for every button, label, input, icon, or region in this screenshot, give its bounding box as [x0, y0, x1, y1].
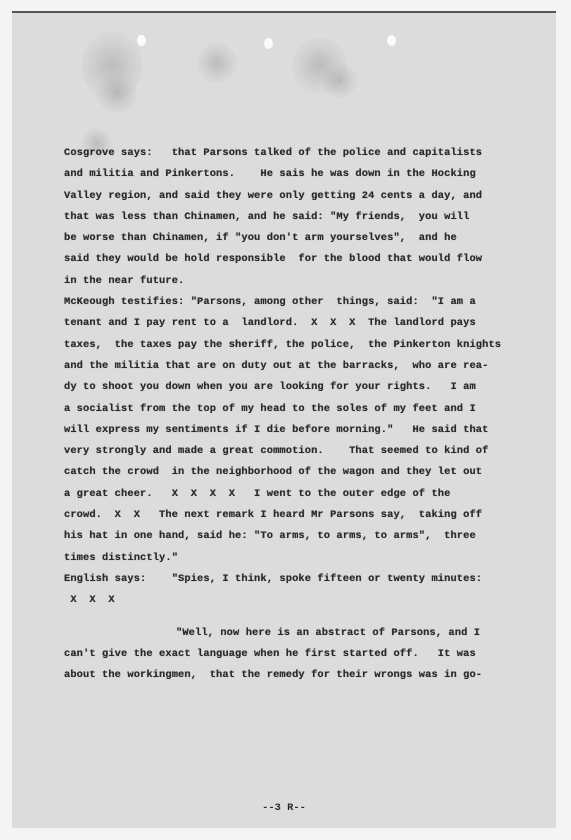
typed-text-body: Cosgrove says: that Parsons talked of th…: [64, 143, 554, 686]
text-line: that was less than Chinamen, and he said…: [64, 207, 554, 228]
text-line: be worse than Chinamen, if "you don't ar…: [64, 228, 554, 249]
text-line: and militia and Pinkertons. He sais he w…: [64, 164, 554, 185]
text-line: taxes, the taxes pay the sheriff, the po…: [64, 335, 554, 356]
smudge: [97, 73, 137, 113]
text-line: tenant and I pay rent to a landlord. X X…: [64, 313, 554, 334]
punch-hole: [387, 35, 396, 46]
document-page: Cosgrove says: that Parsons talked of th…: [12, 11, 556, 828]
text-line: a great cheer. X X X X I went to the out…: [64, 484, 554, 505]
text-line: said they would be hold responsible for …: [64, 249, 554, 270]
text-line: very strongly and made a great commotion…: [64, 441, 554, 462]
paragraph-cosgrove: Cosgrove says: that Parsons talked of th…: [64, 143, 554, 292]
text-line: X X X: [64, 590, 554, 611]
text-line: "Well, now here is an abstract of Parson…: [64, 623, 554, 644]
text-line: catch the crowd in the neighborhood of t…: [64, 462, 554, 483]
text-line: about the workingmen, that the remedy fo…: [64, 665, 554, 686]
text-line: in the near future.: [64, 271, 554, 292]
punch-hole: [264, 38, 273, 49]
punch-hole: [137, 35, 146, 46]
text-line: English says: "Spies, I think, spoke fif…: [64, 569, 554, 590]
paragraph-mckeough: McKeough testifies: "Parsons, among othe…: [64, 292, 554, 569]
text-line: times distinctly.": [64, 548, 554, 569]
text-line: a socialist from the top of my head to t…: [64, 399, 554, 420]
text-line: Valley region, and said they were only g…: [64, 186, 554, 207]
text-line: his hat in one hand, said he: "To arms, …: [64, 526, 554, 547]
paragraph-parsons-abstract: "Well, now here is an abstract of Parson…: [64, 623, 554, 687]
text-line: dy to shoot you down when you are lookin…: [64, 377, 554, 398]
text-line: and the militia that are on duty out at …: [64, 356, 554, 377]
text-line: Cosgrove says: that Parsons talked of th…: [64, 143, 554, 164]
text-line: crowd. X X The next remark I heard Mr Pa…: [64, 505, 554, 526]
text-line: will express my sentiments if I die befo…: [64, 420, 554, 441]
page-number: --3 R--: [12, 802, 556, 814]
text-line: can't give the exact language when he fi…: [64, 644, 554, 665]
paragraph-english: English says: "Spies, I think, spoke fif…: [64, 569, 554, 612]
text-line: McKeough testifies: "Parsons, among othe…: [64, 292, 554, 313]
smudge: [322, 63, 357, 98]
smudge: [197, 43, 237, 83]
